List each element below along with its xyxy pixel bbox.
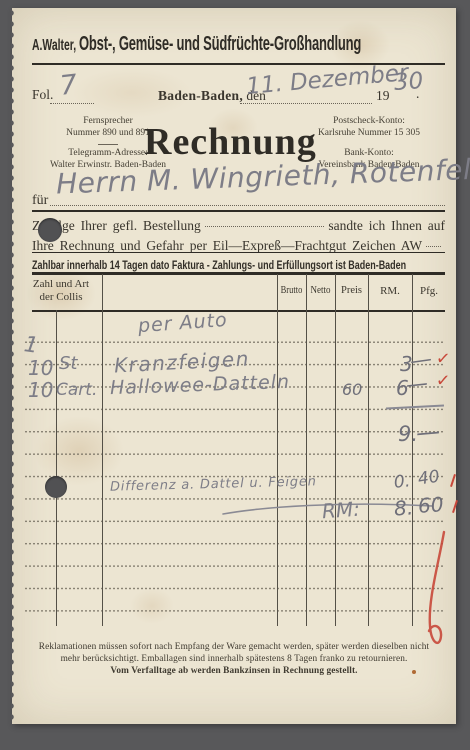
total-pfg: 60 [417,494,444,516]
red-tick [452,500,458,513]
footer-notice-line2: mehr berücksichtigt. Emballagen sind inn… [24,654,444,664]
dotted-leader [426,246,441,247]
order-paragraph: Zufolge Ihrer gefl. Bestellung sandte ic… [32,216,445,256]
red-tick [450,474,456,487]
col-header-collis: Zahl und Art [20,278,102,290]
adjustment-rm: 0. [393,473,411,491]
col-header-preis: Preis [333,285,370,296]
ink-speck [412,670,416,674]
invoice-sheet: A.Walter, Obst-, Gemüse- und Südfrüchte-… [12,8,456,724]
date-dotted-line [240,103,372,104]
table-body-vline [277,310,278,626]
footer-notice-line3: Vom Verfalltage ab werden Bankzinsen in … [24,666,444,676]
payment-terms: Zahlbar innerhalb 14 Tagen dato Faktura … [32,256,445,270]
recipient-dotted-line [50,205,445,206]
table-body-vline [368,310,369,626]
company-name: A.Walter, [32,37,76,54]
table-header-rule [32,310,445,312]
row-amount-dash: — [409,349,434,374]
company-header: A.Walter, Obst-, Gemüse- und Südfrüchte-… [32,33,445,65]
punch-hole [45,476,67,498]
recipient-rule [32,210,445,212]
row-price: 60 [342,382,362,398]
postscheck-label: Postscheck-Konto: [288,116,450,128]
col-header-rm: RM. [368,285,412,297]
col-header-pfg: Pfg. [412,285,446,297]
table-body-vline [306,310,307,626]
terms-rule-top [32,252,445,253]
total-rm: 8. [393,497,413,518]
year-prefix: 19 [376,88,390,104]
terms-rule-bottom [32,272,445,275]
row-qty: 10 [28,358,53,378]
table-body-vline [335,310,336,626]
fol-dotted-line [50,103,94,104]
table-header-vline [102,274,103,310]
red-checkmark: ✓ [435,371,451,392]
row-amount-dash: — [405,373,429,397]
red-checkmark: ✓ [435,348,451,369]
subtotal-dash: — [415,419,441,445]
col-header-netto: Netto [305,285,337,296]
row-unit: Cart. [56,382,97,399]
fol-value-handwritten: 7 [59,71,79,100]
total-label: RM: [321,499,360,522]
table-body-vline [56,310,57,626]
row-item: Kranzfeigen [114,348,251,375]
recipient-label: für [32,193,48,209]
year-handwritten: 30 [393,70,424,95]
row-qty: 10 [28,380,53,400]
row-unit: St [59,355,77,373]
dotted-leader [205,226,325,227]
postscheck-value: Karlsruhe Nummer 15 305 [288,128,450,140]
order-line1-end: sandte ich Ihnen auf [328,216,445,236]
payment-terms-text: Zahlbar innerhalb 14 Tagen dato Faktura … [32,260,406,272]
red-flourish-stroke [420,530,454,658]
phone-divider-rule [98,144,118,145]
col-header-collis: der Collis [20,291,102,303]
postscheck-block: Postscheck-Konto: Karlsruhe Nummer 15 30… [288,116,450,140]
order-line2: Ihre Rechnung und Gefahr per Eil—Expreß—… [32,236,422,256]
punch-hole [38,218,62,242]
city-label: Baden-Baden, [158,88,243,103]
col-header-brutto: Brutto [276,285,307,296]
fol-label: Fol. [32,87,53,103]
table-body-vline [102,310,103,626]
footer-notice-line1: Reklamationen müssen sofort nach Empfang… [24,642,444,652]
year-suffix: . [416,86,419,102]
company-subtitle: Obst-, Gemüse- und Südfrüchte-Großhandlu… [79,33,361,55]
adjustment-pfg: 40 [417,469,441,489]
